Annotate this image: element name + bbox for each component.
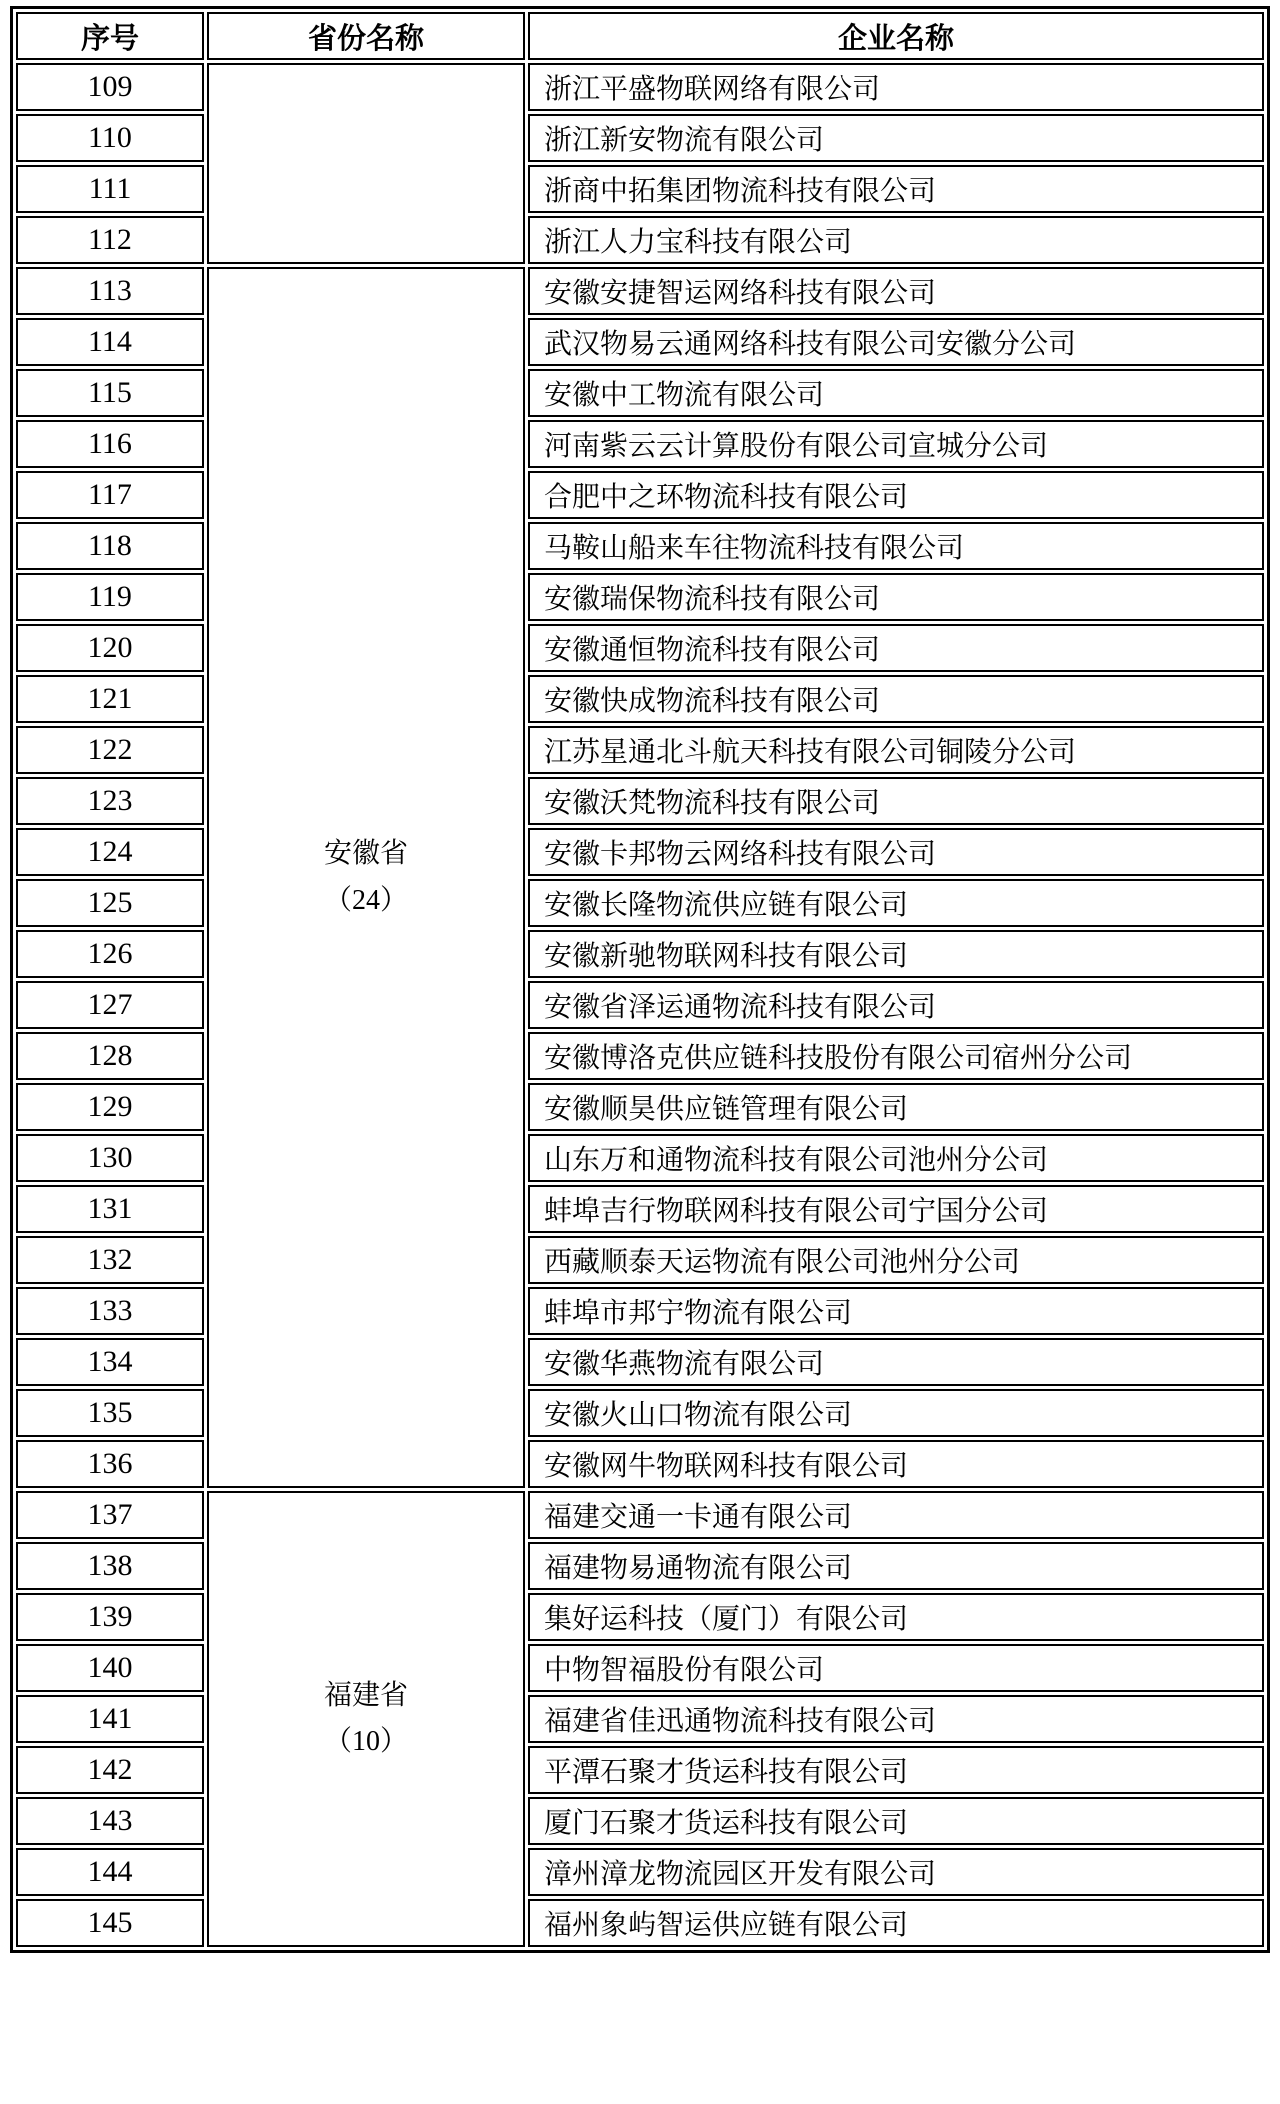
company-cell: 安徽卡邦物云网络科技有限公司 — [528, 828, 1264, 876]
table-row: 136安徽网牛物联网科技有限公司 — [16, 1440, 1264, 1488]
table-row: 133蚌埠市邦宁物流有限公司 — [16, 1287, 1264, 1335]
serial-number-cell: 132 — [16, 1236, 204, 1284]
company-cell: 浙江人力宝科技有限公司 — [528, 216, 1264, 264]
company-cell: 安徽长隆物流供应链有限公司 — [528, 879, 1264, 927]
serial-number-cell: 131 — [16, 1185, 204, 1233]
company-cell: 合肥中之环物流科技有限公司 — [528, 471, 1264, 519]
table-row: 111浙商中拓集团物流科技有限公司 — [16, 165, 1264, 213]
company-cell: 浙江新安物流有限公司 — [528, 114, 1264, 162]
table-row: 110浙江新安物流有限公司 — [16, 114, 1264, 162]
province-cell: 安徽省（24） — [207, 267, 525, 1488]
serial-number-cell: 126 — [16, 930, 204, 978]
serial-number-cell: 125 — [16, 879, 204, 927]
table-row: 132西藏顺泰天运物流有限公司池州分公司 — [16, 1236, 1264, 1284]
province-name: 安徽省 — [209, 831, 523, 877]
table-row: 109浙江平盛物联网络有限公司 — [16, 63, 1264, 111]
company-cell: 蚌埠吉行物联网科技有限公司宁国分公司 — [528, 1185, 1264, 1233]
province-count: （10） — [209, 1719, 523, 1765]
header-row: 序号 省份名称 企业名称 — [16, 12, 1264, 60]
company-roster-table: 序号 省份名称 企业名称 109浙江平盛物联网络有限公司110浙江新安物流有限公… — [10, 6, 1270, 1953]
table-row: 135安徽火山口物流有限公司 — [16, 1389, 1264, 1437]
serial-number-cell: 115 — [16, 369, 204, 417]
table-row: 115安徽中工物流有限公司 — [16, 369, 1264, 417]
serial-number-cell: 109 — [16, 63, 204, 111]
table-row: 144漳州漳龙物流园区开发有限公司 — [16, 1848, 1264, 1896]
document-page: 序号 省份名称 企业名称 109浙江平盛物联网络有限公司110浙江新安物流有限公… — [0, 0, 1280, 2104]
company-cell: 中物智福股份有限公司 — [528, 1644, 1264, 1692]
province-name: 福建省 — [209, 1673, 523, 1719]
province-count: （24） — [209, 878, 523, 924]
header-serial-number: 序号 — [16, 12, 204, 60]
serial-number-cell: 110 — [16, 114, 204, 162]
serial-number-cell: 128 — [16, 1032, 204, 1080]
serial-number-cell: 127 — [16, 981, 204, 1029]
serial-number-cell: 143 — [16, 1797, 204, 1845]
serial-number-cell: 141 — [16, 1695, 204, 1743]
serial-number-cell: 142 — [16, 1746, 204, 1794]
serial-number-cell: 130 — [16, 1134, 204, 1182]
table-row: 117合肥中之环物流科技有限公司 — [16, 471, 1264, 519]
table-row: 143厦门石聚才货运科技有限公司 — [16, 1797, 1264, 1845]
table-body: 109浙江平盛物联网络有限公司110浙江新安物流有限公司111浙商中拓集团物流科… — [16, 63, 1264, 1947]
table-row: 116河南紫云云计算股份有限公司宣城分公司 — [16, 420, 1264, 468]
serial-number-cell: 116 — [16, 420, 204, 468]
company-cell: 安徽中工物流有限公司 — [528, 369, 1264, 417]
table-row: 122江苏星通北斗航天科技有限公司铜陵分公司 — [16, 726, 1264, 774]
serial-number-cell: 140 — [16, 1644, 204, 1692]
table-row: 128安徽博洛克供应链科技股份有限公司宿州分公司 — [16, 1032, 1264, 1080]
serial-number-cell: 138 — [16, 1542, 204, 1590]
company-cell: 武汉物易云通网络科技有限公司安徽分公司 — [528, 318, 1264, 366]
serial-number-cell: 121 — [16, 675, 204, 723]
table-row: 137福建省（10）福建交通一卡通有限公司 — [16, 1491, 1264, 1539]
table-row: 114武汉物易云通网络科技有限公司安徽分公司 — [16, 318, 1264, 366]
table-row: 121安徽快成物流科技有限公司 — [16, 675, 1264, 723]
table-row: 112浙江人力宝科技有限公司 — [16, 216, 1264, 264]
serial-number-cell: 136 — [16, 1440, 204, 1488]
table-row: 129安徽顺昊供应链管理有限公司 — [16, 1083, 1264, 1131]
table-row: 139集好运科技（厦门）有限公司 — [16, 1593, 1264, 1641]
company-cell: 福建交通一卡通有限公司 — [528, 1491, 1264, 1539]
table-row: 141福建省佳迅通物流科技有限公司 — [16, 1695, 1264, 1743]
company-cell: 江苏星通北斗航天科技有限公司铜陵分公司 — [528, 726, 1264, 774]
table-row: 113安徽省（24）安徽安捷智运网络科技有限公司 — [16, 267, 1264, 315]
serial-number-cell: 119 — [16, 573, 204, 621]
serial-number-cell: 139 — [16, 1593, 204, 1641]
company-cell: 河南紫云云计算股份有限公司宣城分公司 — [528, 420, 1264, 468]
table-row: 125安徽长隆物流供应链有限公司 — [16, 879, 1264, 927]
serial-number-cell: 133 — [16, 1287, 204, 1335]
company-cell: 安徽华燕物流有限公司 — [528, 1338, 1264, 1386]
serial-number-cell: 112 — [16, 216, 204, 264]
company-cell: 山东万和通物流科技有限公司池州分公司 — [528, 1134, 1264, 1182]
company-cell: 安徽网牛物联网科技有限公司 — [528, 1440, 1264, 1488]
company-cell: 安徽新驰物联网科技有限公司 — [528, 930, 1264, 978]
serial-number-cell: 123 — [16, 777, 204, 825]
table-row: 118马鞍山船来车往物流科技有限公司 — [16, 522, 1264, 570]
table-row: 140中物智福股份有限公司 — [16, 1644, 1264, 1692]
table-row: 134安徽华燕物流有限公司 — [16, 1338, 1264, 1386]
company-cell: 福建物易通物流有限公司 — [528, 1542, 1264, 1590]
serial-number-cell: 120 — [16, 624, 204, 672]
company-cell: 安徽火山口物流有限公司 — [528, 1389, 1264, 1437]
header-province-name: 省份名称 — [207, 12, 525, 60]
table-row: 120安徽通恒物流科技有限公司 — [16, 624, 1264, 672]
serial-number-cell: 114 — [16, 318, 204, 366]
company-cell: 漳州漳龙物流园区开发有限公司 — [528, 1848, 1264, 1896]
company-cell: 福建省佳迅通物流科技有限公司 — [528, 1695, 1264, 1743]
company-cell: 厦门石聚才货运科技有限公司 — [528, 1797, 1264, 1845]
company-cell: 安徽顺昊供应链管理有限公司 — [528, 1083, 1264, 1131]
serial-number-cell: 111 — [16, 165, 204, 213]
company-cell: 安徽快成物流科技有限公司 — [528, 675, 1264, 723]
company-cell: 安徽安捷智运网络科技有限公司 — [528, 267, 1264, 315]
company-cell: 安徽通恒物流科技有限公司 — [528, 624, 1264, 672]
company-cell: 集好运科技（厦门）有限公司 — [528, 1593, 1264, 1641]
table-row: 145福州象屿智运供应链有限公司 — [16, 1899, 1264, 1947]
serial-number-cell: 124 — [16, 828, 204, 876]
table-row: 142平潭石聚才货运科技有限公司 — [16, 1746, 1264, 1794]
company-cell: 安徽省泽运通物流科技有限公司 — [528, 981, 1264, 1029]
table-row: 131蚌埠吉行物联网科技有限公司宁国分公司 — [16, 1185, 1264, 1233]
table-row: 127安徽省泽运通物流科技有限公司 — [16, 981, 1264, 1029]
header-company-name: 企业名称 — [528, 12, 1264, 60]
serial-number-cell: 134 — [16, 1338, 204, 1386]
table-row: 124安徽卡邦物云网络科技有限公司 — [16, 828, 1264, 876]
company-cell: 浙商中拓集团物流科技有限公司 — [528, 165, 1264, 213]
company-cell: 浙江平盛物联网络有限公司 — [528, 63, 1264, 111]
table-row: 130山东万和通物流科技有限公司池州分公司 — [16, 1134, 1264, 1182]
serial-number-cell: 118 — [16, 522, 204, 570]
serial-number-cell: 129 — [16, 1083, 204, 1131]
serial-number-cell: 145 — [16, 1899, 204, 1947]
table-row: 138福建物易通物流有限公司 — [16, 1542, 1264, 1590]
company-cell: 福州象屿智运供应链有限公司 — [528, 1899, 1264, 1947]
serial-number-cell: 113 — [16, 267, 204, 315]
company-cell: 安徽博洛克供应链科技股份有限公司宿州分公司 — [528, 1032, 1264, 1080]
company-cell: 安徽沃梵物流科技有限公司 — [528, 777, 1264, 825]
company-cell: 马鞍山船来车往物流科技有限公司 — [528, 522, 1264, 570]
serial-number-cell: 122 — [16, 726, 204, 774]
province-cell — [207, 63, 525, 264]
company-cell: 西藏顺泰天运物流有限公司池州分公司 — [528, 1236, 1264, 1284]
table-row: 123安徽沃梵物流科技有限公司 — [16, 777, 1264, 825]
serial-number-cell: 117 — [16, 471, 204, 519]
company-cell: 平潭石聚才货运科技有限公司 — [528, 1746, 1264, 1794]
serial-number-cell: 144 — [16, 1848, 204, 1896]
province-cell: 福建省（10） — [207, 1491, 525, 1947]
company-cell: 安徽瑞保物流科技有限公司 — [528, 573, 1264, 621]
company-cell: 蚌埠市邦宁物流有限公司 — [528, 1287, 1264, 1335]
table-row: 126安徽新驰物联网科技有限公司 — [16, 930, 1264, 978]
serial-number-cell: 137 — [16, 1491, 204, 1539]
serial-number-cell: 135 — [16, 1389, 204, 1437]
table-row: 119安徽瑞保物流科技有限公司 — [16, 573, 1264, 621]
